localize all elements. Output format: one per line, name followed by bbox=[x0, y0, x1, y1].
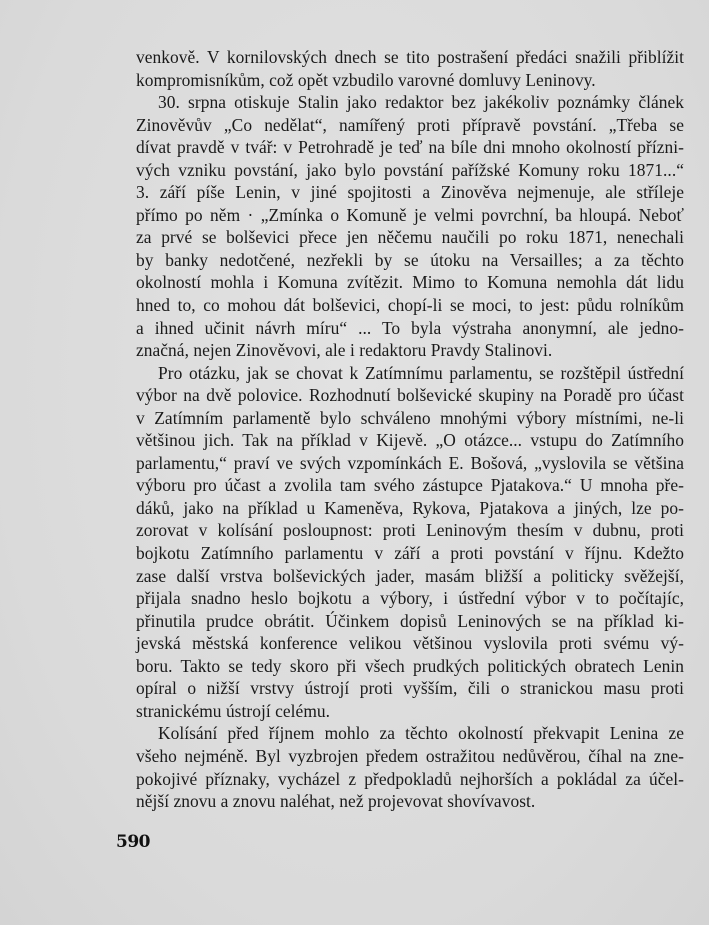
text-line: vých vzniku povstání, jako bylo povstání… bbox=[136, 159, 684, 182]
text-line: přijala snadno heslo bojkotu a výbory, i… bbox=[136, 587, 684, 610]
text-line: hned to, co mohou dát bolševici, chopí-l… bbox=[136, 294, 684, 317]
text-line: přinutila prudce obrátit. Účinkem dopisů… bbox=[136, 610, 684, 633]
text-line: zorovat v kolísání posloupnost: proti Le… bbox=[136, 519, 684, 542]
text-line: všeho nejméně. Byl vyzbrojen předem ostr… bbox=[136, 745, 684, 768]
text-line: bojkotu Zatímního parlamentu v září a pr… bbox=[136, 542, 684, 565]
text-line: a ihned učinit návrh míru“ ... To byla v… bbox=[136, 317, 684, 340]
paragraph-first-line: Pro otázku, jak se chovat k Zatímnímu pa… bbox=[136, 362, 684, 385]
text-line: v Zatímním parlamentě bylo schváleno mno… bbox=[136, 407, 684, 430]
text-line: venkově. V kornilovských dnech se tito p… bbox=[136, 46, 684, 69]
text-line: za prvé se bolševici přece jen něčemu na… bbox=[136, 226, 684, 249]
text-line: většinou jich. Tak na příklad v Kijevě. … bbox=[136, 429, 684, 452]
text-line: pokojivé příznaky, vycházel z předpoklad… bbox=[136, 768, 684, 791]
text-line: přímo po něm · „Zmínka o Komuně je velmi… bbox=[136, 204, 684, 227]
text-line: výbor na dvě polovice. Rozhodnutí bolšev… bbox=[136, 384, 684, 407]
text-line: značná, nejen Zinověvovi, ale i redaktor… bbox=[136, 339, 684, 362]
text-line: dáků, jako na příklad u Kameněva, Rykova… bbox=[136, 497, 684, 520]
text-line: by banky nedotčené, nezřekli by se útoku… bbox=[136, 249, 684, 272]
text-line: dívat pravdě v tvář: v Petrohradě je teď… bbox=[136, 136, 684, 159]
text-line: nější znovu a znovu naléhat, než projevo… bbox=[136, 790, 684, 813]
text-line: opíral o nižší vrstvy ústrojí proti vyšš… bbox=[136, 677, 684, 700]
book-page: venkově. V kornilovských dnech se tito p… bbox=[0, 0, 709, 925]
text-line: stranickému ústrojí celému. bbox=[136, 700, 684, 723]
paragraph-first-line: Kolísání před říjnem mohlo za těchto oko… bbox=[136, 722, 684, 745]
paragraph-first-line: 30. srpna otiskuje Stalin jako redaktor … bbox=[136, 91, 684, 114]
text-line: parlamentu,“ praví ve svých vzpomínkách … bbox=[136, 452, 684, 475]
text-line: výboru pro účast a zvolila tam svého zás… bbox=[136, 474, 684, 497]
body-text: venkově. V kornilovských dnech se tito p… bbox=[136, 46, 684, 813]
text-line: 3. září píše Lenin, v jiné spojitosti a … bbox=[136, 181, 684, 204]
text-line: kompromisníkům, což opět vzbudilo varovn… bbox=[136, 69, 684, 92]
page-number: 590 bbox=[116, 832, 150, 852]
text-line: Zinověvův „Co nedělat“, namířený proti p… bbox=[136, 114, 684, 137]
text-line: okolností mohla i Komuna zvítězit. Mimo … bbox=[136, 271, 684, 294]
text-line: zase další vrstva bolševických jader, ma… bbox=[136, 565, 684, 588]
text-line: boru. Takto se tedy skoro při všech prud… bbox=[136, 655, 684, 678]
text-line: jevská městská konference velikou většin… bbox=[136, 632, 684, 655]
